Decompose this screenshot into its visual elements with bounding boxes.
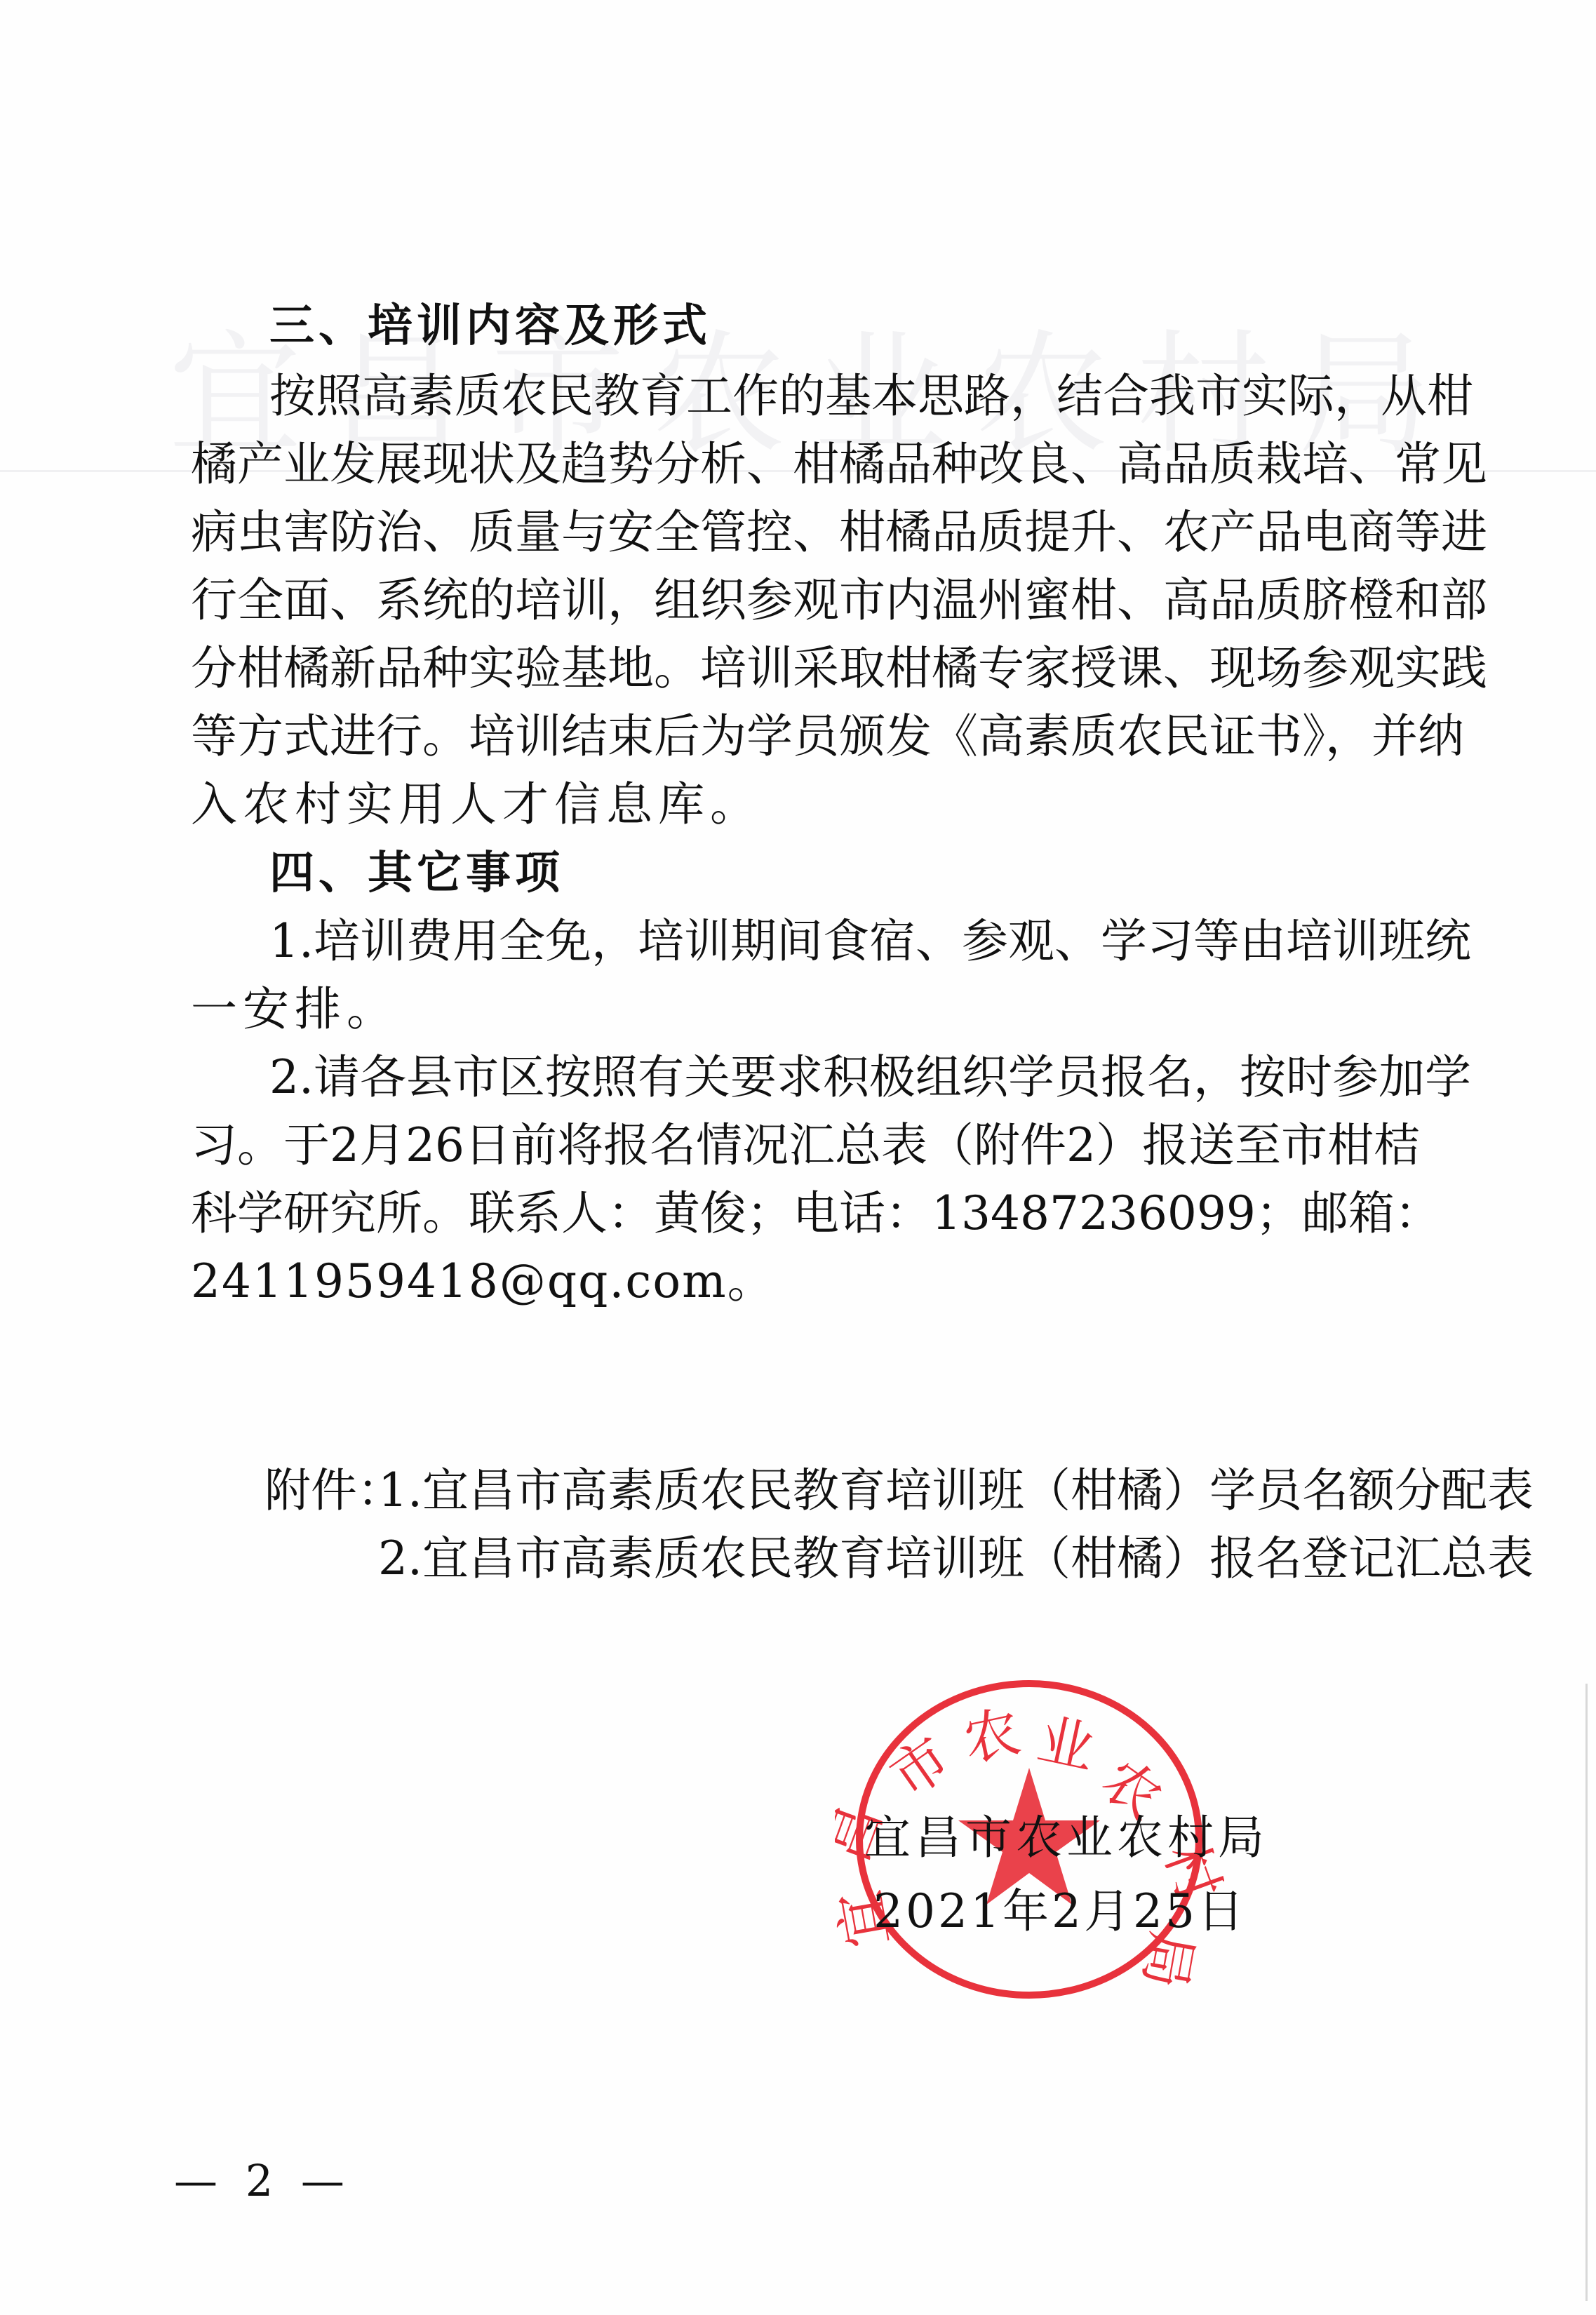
item-2-email-line: 2411959418@qq.com。 (191, 1250, 775, 1313)
section-3-paragraph-line: 行全面、系统的培训，组织参观市内温州蜜柑、高品质脐橙和部 (191, 569, 1355, 632)
svg-text:市: 市 (879, 1724, 963, 1810)
document-page: 宜昌市农业农村局 三、培训内容及形式 按照高素质农民教育工作的基本思路，结合我市… (0, 0, 1596, 2315)
page-number: — 2 — (174, 2155, 351, 2206)
section-3-paragraph-line: 等方式进行。培训结束后为学员颁发《高素质农民证书》，并纳 (191, 705, 1355, 768)
section-3-paragraph-line: 分柑橘新品种实验基地。培训采取柑橘专家授课、现场参观实践 (191, 637, 1355, 700)
attachment-item: 2.宜昌市高素质农民教育培训班（柑橘）报名登记汇总表 (378, 1527, 1355, 1590)
item-1-line: 一安排。 (191, 978, 398, 1041)
section-3-paragraph-line: 入农村实用人才信息库。 (191, 773, 762, 836)
svg-text:业: 业 (1032, 1707, 1101, 1783)
section-3-paragraph-line: 橘产业发展现状及趋势分析、柑橘品种改良、高品质栽培、常见 (191, 433, 1355, 496)
attachment-item: 1.宜昌市高素质农民教育培训班（柑橘）学员名额分配表 (378, 1459, 1355, 1522)
section-3-paragraph-line: 按照高素质农民教育工作的基本思路，结合我市实际，从柑 (269, 365, 1355, 428)
item-2-line: 习。于2月26日前将报名情况汇总表（附件2）报送至市柑桔 (191, 1114, 1355, 1177)
item-1-line: 1.培训费用全免，培训期间食宿、参观、学习等由培训班统 (269, 910, 1355, 973)
signature-date: 2021年2月25日 (873, 1880, 1247, 1943)
page-edge-shadow (1585, 1684, 1588, 2301)
signature-organization: 宜昌市农业农村局 (864, 1806, 1268, 1870)
section-3-paragraph-line: 病虫害防治、质量与安全管控、柑橘品质提升、农产品电商等进 (191, 501, 1355, 564)
section-4-heading: 四、其它事项 (269, 842, 564, 905)
item-2-contact-line: 科学研究所。联系人：黄俊；电话：13487236099；邮箱： (191, 1182, 1355, 1245)
section-3-heading: 三、培训内容及形式 (269, 295, 711, 358)
svg-text:农: 农 (958, 1698, 1026, 1774)
item-2-line: 2.请各县市区按照有关要求积极组织学员报名，按时参加学 (269, 1046, 1355, 1109)
